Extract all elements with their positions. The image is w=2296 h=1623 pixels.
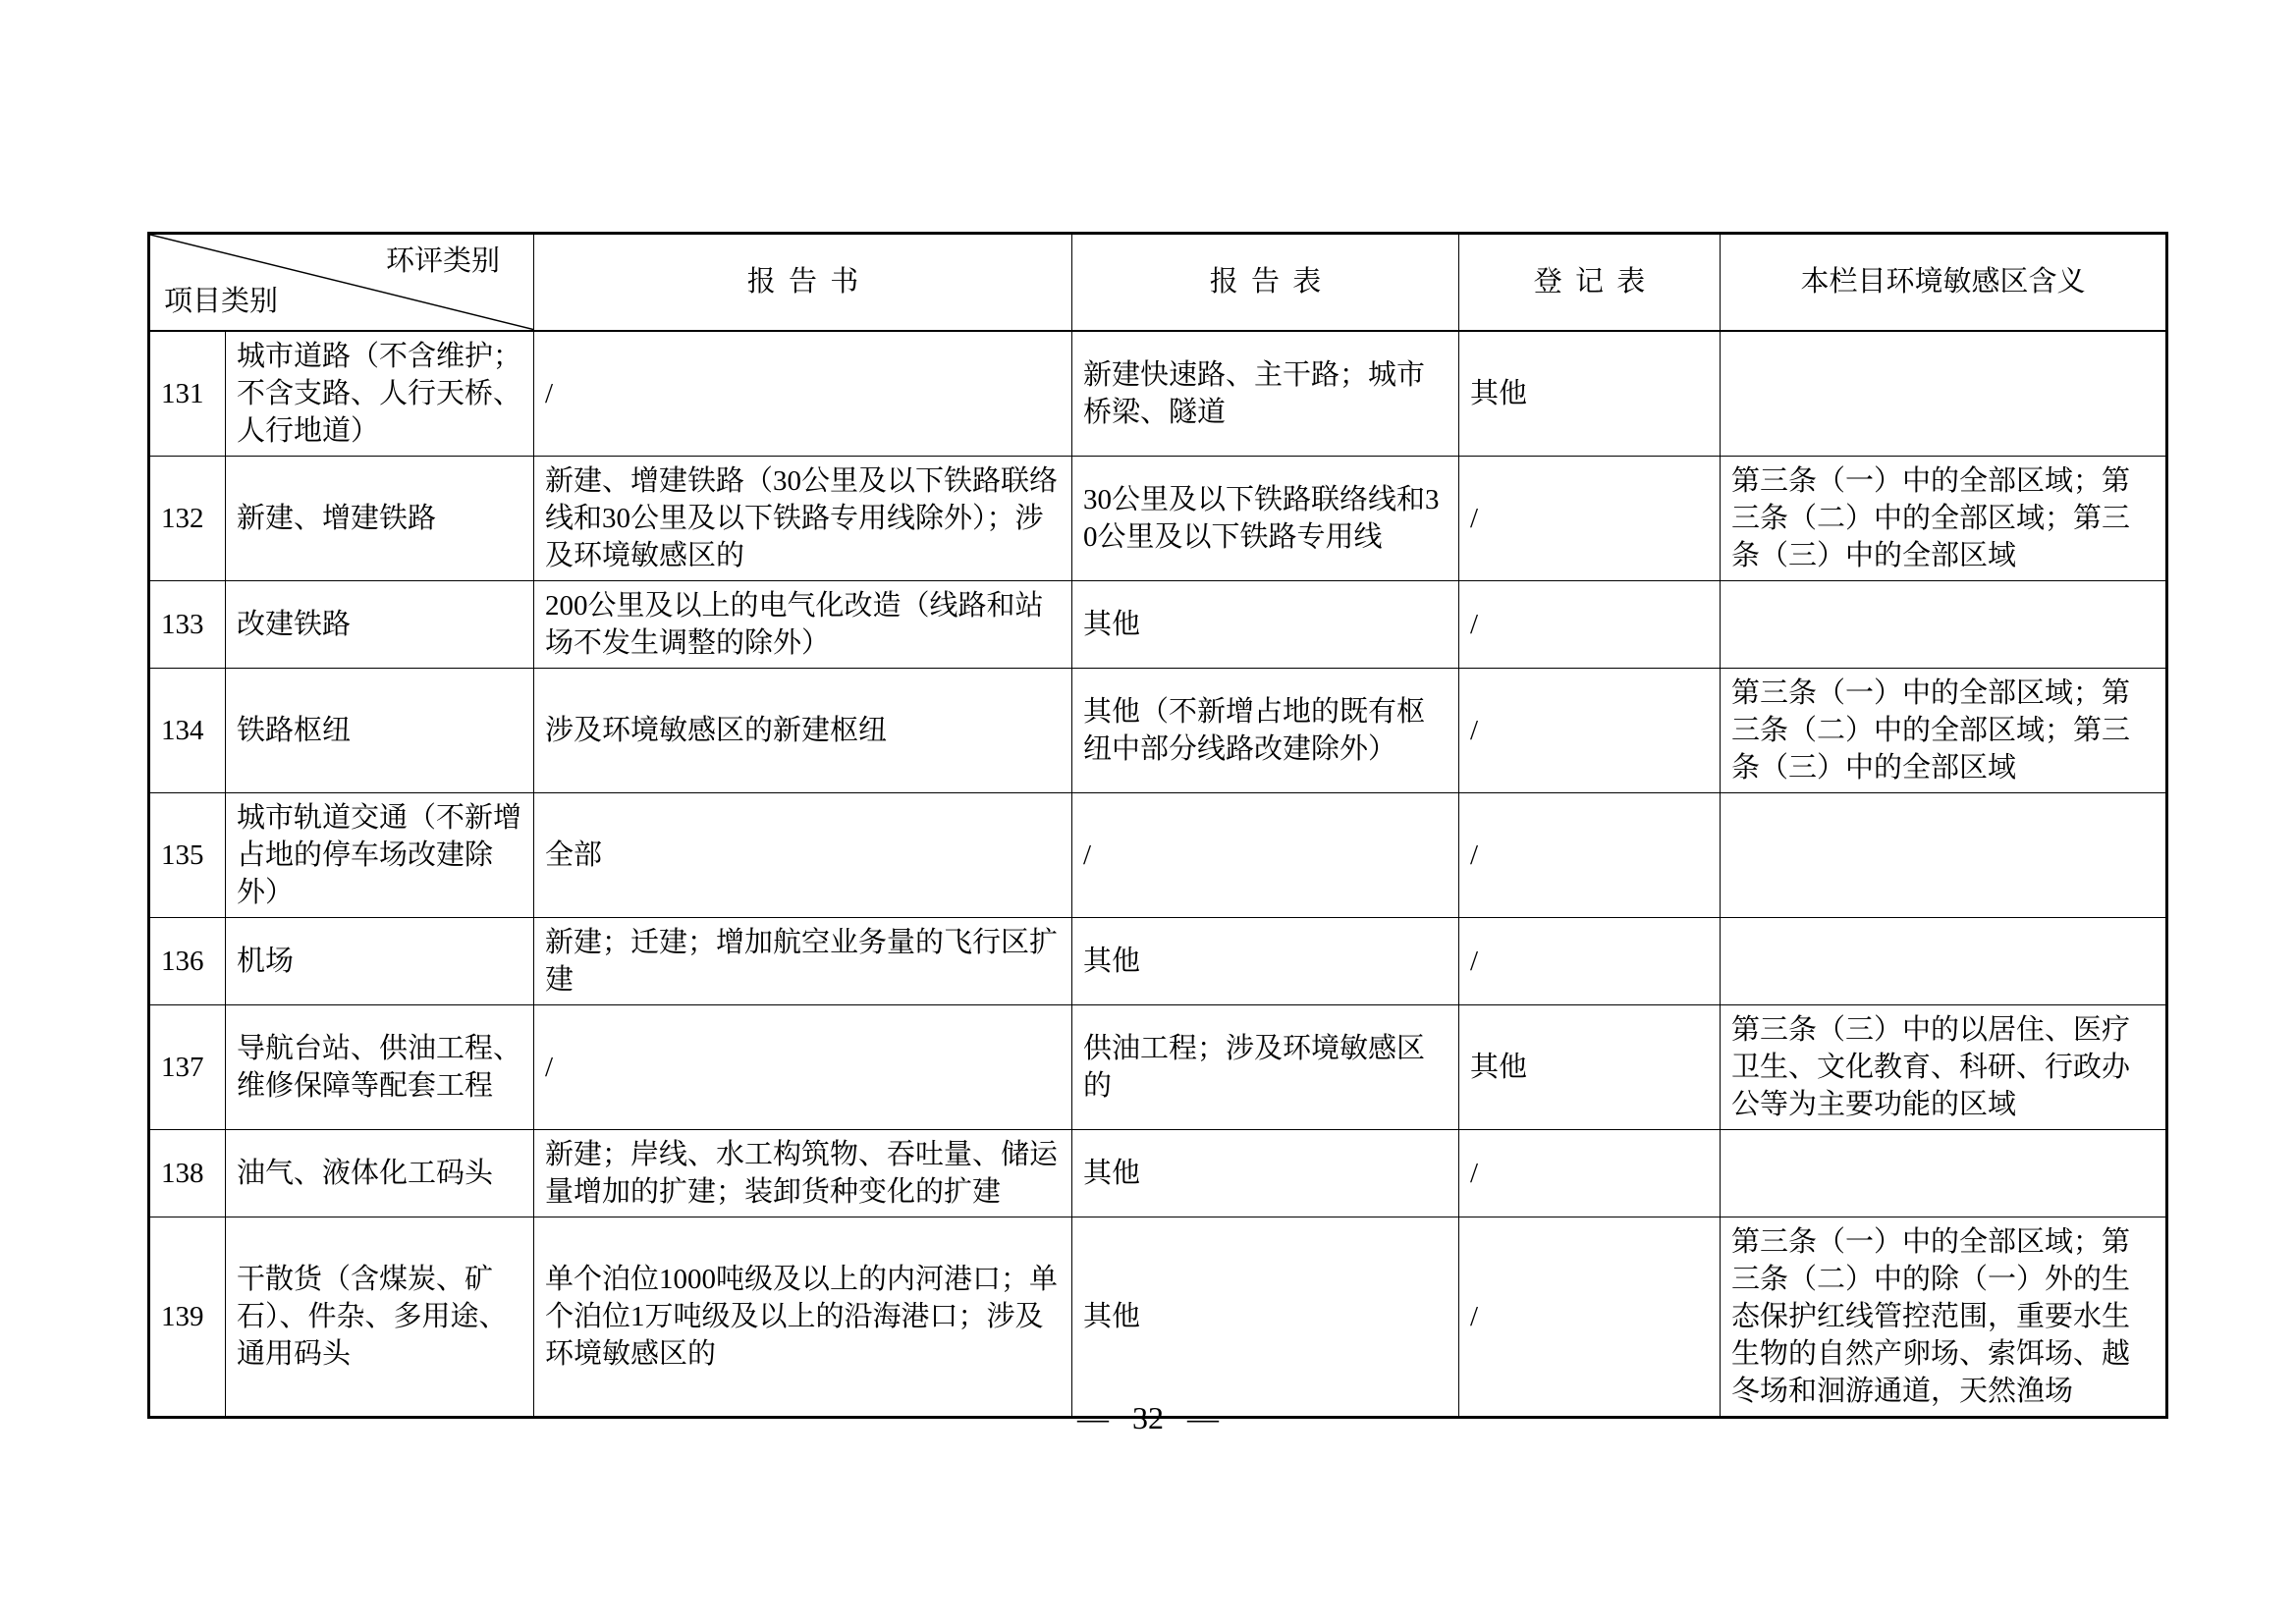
sensitive-area-cell	[1721, 331, 2167, 457]
report-form-cell: 其他	[1072, 917, 1459, 1004]
report-book-cell: /	[534, 331, 1072, 457]
header-registration-form: 登 记 表	[1459, 234, 1721, 331]
report-form-cell: 30公里及以下铁路联络线和30公里及以下铁路专用线	[1072, 456, 1459, 580]
project-category-cell: 新建、增建铁路	[226, 456, 534, 580]
sensitive-area-cell	[1721, 580, 2167, 668]
row-number-cell: 131	[149, 331, 226, 457]
sensitive-area-cell	[1721, 792, 2167, 917]
page-number: 32	[1132, 1398, 1164, 1437]
project-category-cell: 机场	[226, 917, 534, 1004]
table-row: 136 机场 新建；迁建；增加航空业务量的飞行区扩建 其他 /	[149, 917, 2167, 1004]
report-book-cell: 新建、增建铁路（30公里及以下铁路联络线和30公里及以下铁路专用线除外）；涉及环…	[534, 456, 1072, 580]
table-header-row: 环评类别 项目类别 报 告 书 报 告 表 登 记 表 本栏目环境敏感区含义	[149, 234, 2167, 331]
registration-form-cell: /	[1459, 1217, 1721, 1417]
report-book-cell: 200公里及以上的电气化改造（线路和站场不发生调整的除外）	[534, 580, 1072, 668]
sensitive-area-cell: 第三条（三）中的以居住、医疗卫生、文化教育、科研、行政办公等为主要功能的区域	[1721, 1004, 2167, 1129]
footer-right-dash: —	[1187, 1398, 1219, 1437]
report-book-cell: /	[534, 1004, 1072, 1129]
project-category-cell: 城市轨道交通（不新增占地的停车场改建除外）	[226, 792, 534, 917]
sensitive-area-cell: 第三条（一）中的全部区域；第三条（二）中的除（一）外的生态保护红线管控范围，重要…	[1721, 1217, 2167, 1417]
table-row: 138 油气、液体化工码头 新建；岸线、水工构筑物、吞吐量、储运量增加的扩建；装…	[149, 1129, 2167, 1217]
registration-form-cell: /	[1459, 668, 1721, 792]
report-book-cell: 涉及环境敏感区的新建枢纽	[534, 668, 1072, 792]
header-eia-category-label: 环评类别	[386, 243, 500, 280]
sensitive-area-cell	[1721, 917, 2167, 1004]
footer-left-dash: —	[1077, 1398, 1109, 1437]
project-category-cell: 干散货（含煤炭、矿石）、件杂、多用途、通用码头	[226, 1217, 534, 1417]
table-row: 139 干散货（含煤炭、矿石）、件杂、多用途、通用码头 单个泊位1000吨级及以…	[149, 1217, 2167, 1417]
row-number-cell: 138	[149, 1129, 226, 1217]
row-number-cell: 132	[149, 456, 226, 580]
row-number-cell: 135	[149, 792, 226, 917]
sensitive-area-cell: 第三条（一）中的全部区域；第三条（二）中的全部区域；第三条（三）中的全部区域	[1721, 456, 2167, 580]
project-category-cell: 油气、液体化工码头	[226, 1129, 534, 1217]
sensitive-area-cell	[1721, 1129, 2167, 1217]
table-row: 135 城市轨道交通（不新增占地的停车场改建除外） 全部 / /	[149, 792, 2167, 917]
report-form-cell: 其他	[1072, 1129, 1459, 1217]
row-number-cell: 134	[149, 668, 226, 792]
report-form-cell: 供油工程；涉及环境敏感区的	[1072, 1004, 1459, 1129]
header-report-book: 报 告 书	[534, 234, 1072, 331]
report-form-cell: /	[1072, 792, 1459, 917]
report-book-cell: 新建；迁建；增加航空业务量的飞行区扩建	[534, 917, 1072, 1004]
page-footer: —32—	[0, 1398, 2296, 1437]
report-book-cell: 新建；岸线、水工构筑物、吞吐量、储运量增加的扩建；装卸货种变化的扩建	[534, 1129, 1072, 1217]
registration-form-cell: /	[1459, 792, 1721, 917]
report-book-cell: 单个泊位1000吨级及以上的内河港口；单个泊位1万吨级及以上的沿海港口；涉及环境…	[534, 1217, 1072, 1417]
project-category-cell: 城市道路（不含维护；不含支路、人行天桥、人行地道）	[226, 331, 534, 457]
report-book-cell: 全部	[534, 792, 1072, 917]
document-page: 环评类别 项目类别 报 告 书 报 告 表 登 记 表 本栏目环境敏感区含义 1…	[0, 0, 2296, 1623]
registration-form-cell: /	[1459, 580, 1721, 668]
report-form-cell: 其他	[1072, 580, 1459, 668]
row-number-cell: 133	[149, 580, 226, 668]
report-form-cell: 其他	[1072, 1217, 1459, 1417]
table-row: 131 城市道路（不含维护；不含支路、人行天桥、人行地道） / 新建快速路、主干…	[149, 331, 2167, 457]
diagonal-header-cell: 环评类别 项目类别	[149, 234, 534, 331]
header-project-category-label: 项目类别	[164, 283, 278, 320]
registration-form-cell: /	[1459, 917, 1721, 1004]
project-category-cell: 导航台站、供油工程、维修保障等配套工程	[226, 1004, 534, 1129]
registration-form-cell: 其他	[1459, 331, 1721, 457]
table-row: 132 新建、增建铁路 新建、增建铁路（30公里及以下铁路联络线和30公里及以下…	[149, 456, 2167, 580]
report-form-cell: 其他（不新增占地的既有枢纽中部分线路改建除外）	[1072, 668, 1459, 792]
header-sensitive-area-meaning: 本栏目环境敏感区含义	[1721, 234, 2167, 331]
report-form-cell: 新建快速路、主干路；城市桥梁、隧道	[1072, 331, 1459, 457]
header-report-form: 报 告 表	[1072, 234, 1459, 331]
row-number-cell: 139	[149, 1217, 226, 1417]
project-category-cell: 改建铁路	[226, 580, 534, 668]
table-row: 137 导航台站、供油工程、维修保障等配套工程 / 供油工程；涉及环境敏感区的 …	[149, 1004, 2167, 1129]
registration-form-cell: 其他	[1459, 1004, 1721, 1129]
row-number-cell: 137	[149, 1004, 226, 1129]
registration-form-cell: /	[1459, 1129, 1721, 1217]
eia-classification-table: 环评类别 项目类别 报 告 书 报 告 表 登 记 表 本栏目环境敏感区含义 1…	[147, 232, 2168, 1419]
row-number-cell: 136	[149, 917, 226, 1004]
registration-form-cell: /	[1459, 456, 1721, 580]
sensitive-area-cell: 第三条（一）中的全部区域；第三条（二）中的全部区域；第三条（三）中的全部区域	[1721, 668, 2167, 792]
table-row: 134 铁路枢纽 涉及环境敏感区的新建枢纽 其他（不新增占地的既有枢纽中部分线路…	[149, 668, 2167, 792]
project-category-cell: 铁路枢纽	[226, 668, 534, 792]
table-row: 133 改建铁路 200公里及以上的电气化改造（线路和站场不发生调整的除外） 其…	[149, 580, 2167, 668]
